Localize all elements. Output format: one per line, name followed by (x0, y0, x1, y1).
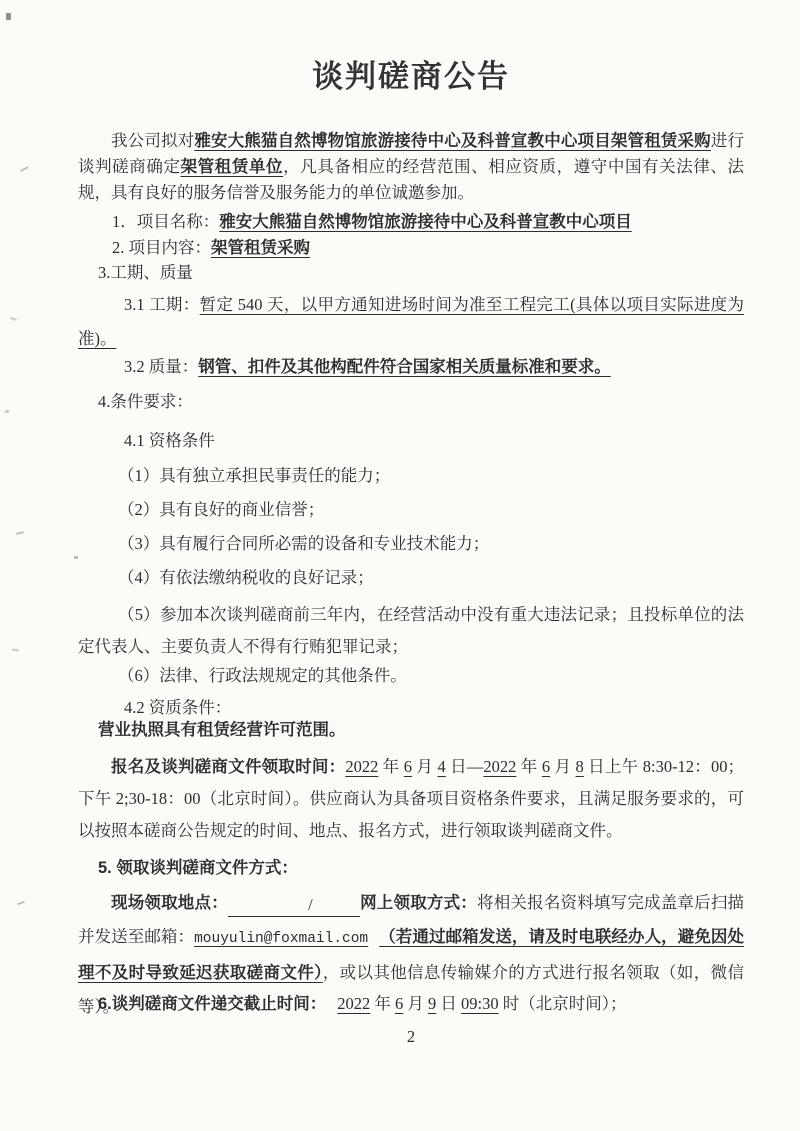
item-project-name: 1．项目名称：雅安大熊猫自然博物馆旅游接待中心及科普宣教中心项目 (78, 209, 744, 235)
signup-month-start: 6 (404, 757, 412, 776)
onsite-pickup-label: 现场领取地点： (111, 894, 228, 912)
deadline-paragraph: 6.谈判磋商文件递交截止时间：2022 年 6 月 9 日 09:30 时（北京… (78, 991, 744, 1017)
email-address: mouyulin@foxmail.com (194, 931, 368, 947)
scan-speck (10, 317, 17, 321)
scan-speck (5, 410, 9, 413)
condition-item: （1）具有独立承担民事责任的能力； (78, 463, 744, 489)
condition-item: （2）具有良好的商业信誉； (78, 497, 744, 523)
section4-credential-body: 营业执照具有租赁经营许可范围。 (78, 717, 744, 743)
condition-item: （4）有依法缴纳税收的良好记录； (78, 565, 744, 591)
deadline-joiner: 年 (370, 994, 395, 1013)
scan-speck (20, 166, 29, 172)
intro-text: 我公司拟对 (111, 131, 194, 150)
condition-item: （5）参加本次谈判磋商前三年内，在经营活动中没有重大违法记录；且投标单位的法定代… (78, 599, 744, 663)
deadline-label: 6.谈判磋商文件递交截止时间： (98, 995, 326, 1013)
signup-day-end: 8 (576, 757, 584, 776)
signup-label: 报名及谈判磋商文件领取时间： (111, 758, 345, 776)
project-content-value: 架管租赁采购 (211, 239, 310, 257)
deadline-rest: 时（北京时间）； (499, 994, 627, 1013)
signup-day-start: 4 (438, 757, 446, 776)
signup-year-start: 2022 (345, 757, 378, 776)
section3-duration: 3.1 工期：暂定 540 天，以甲方通知进场时间为准至工程完工(具体以项目实际… (78, 288, 744, 356)
item-label: 1．项目名称： (112, 212, 219, 231)
s32-value: 钢管、扣件及其他构配件符合国家相关质量标准和要求。 (198, 358, 611, 376)
condition-item: （3）具有履行合同所必需的设备和专业技术能力； (78, 531, 744, 557)
deadline-time: 09:30 (461, 994, 499, 1013)
section4-qualification-heading: 4.1 资格条件 (78, 428, 744, 454)
signup-joiner: 月 (550, 757, 575, 776)
signup-joiner: 月 (412, 757, 437, 776)
signup-joiner: 日— (446, 757, 484, 776)
deadline-year: 2022 (337, 994, 370, 1013)
intro-paragraph: 我公司拟对雅安大熊猫自然博物馆旅游接待中心及科普宣教中心项目架管租赁采购进行谈判… (78, 128, 744, 206)
s32-label: 3.2 质量： (124, 357, 198, 376)
condition-item: （6）法律、行政法规规定的其他条件。 (78, 663, 744, 689)
deadline-joiner: 日 (436, 994, 461, 1013)
scan-speck (16, 531, 24, 535)
page-title: 谈判磋商公告 (78, 56, 744, 98)
project-procurement-name: 雅安大熊猫自然博物馆旅游接待中心及科普宣教中心项目架管租赁采购 (194, 132, 711, 150)
deadline-joiner: 月 (403, 994, 428, 1013)
signup-joiner: 年 (378, 757, 403, 776)
scan-speck (17, 901, 25, 906)
signup-joiner: 年 (516, 757, 541, 776)
section5-heading: 5. 领取谈判磋商文件方式： (78, 855, 744, 881)
blank-slash-field: / (228, 897, 360, 917)
signup-year-end: 2022 (483, 757, 516, 776)
s31-label: 3.1 工期： (124, 295, 200, 314)
item-label: 2. 项目内容： (112, 238, 211, 257)
project-name-value: 雅安大熊猫自然博物馆旅游接待中心及科普宣教中心项目 (219, 213, 632, 231)
section4-heading: 4.条件要求： (78, 389, 744, 415)
scan-speck (6, 13, 11, 20)
scanned-document-page: 谈判磋商公告 我公司拟对雅安大熊猫自然博物馆旅游接待中心及科普宣教中心项目架管租… (0, 0, 800, 1131)
scan-speck (12, 648, 19, 651)
signup-time-paragraph: 报名及谈判磋商文件领取时间：2022 年 6 月 4 日—2022 年 6 月 … (78, 751, 744, 847)
signup-month-end: 6 (542, 757, 550, 776)
section3-heading: 3.工期、质量 (78, 260, 744, 286)
section3-quality: 3.2 质量：钢管、扣件及其他构配件符合国家相关质量标准和要求。 (78, 354, 744, 380)
rental-unit-term: 架管租赁单位 (181, 158, 284, 176)
page-number: 2 (78, 1024, 744, 1050)
item-project-content: 2. 项目内容：架管租赁采购 (78, 235, 744, 261)
online-pickup-label: 网上领取方式： (360, 894, 477, 912)
